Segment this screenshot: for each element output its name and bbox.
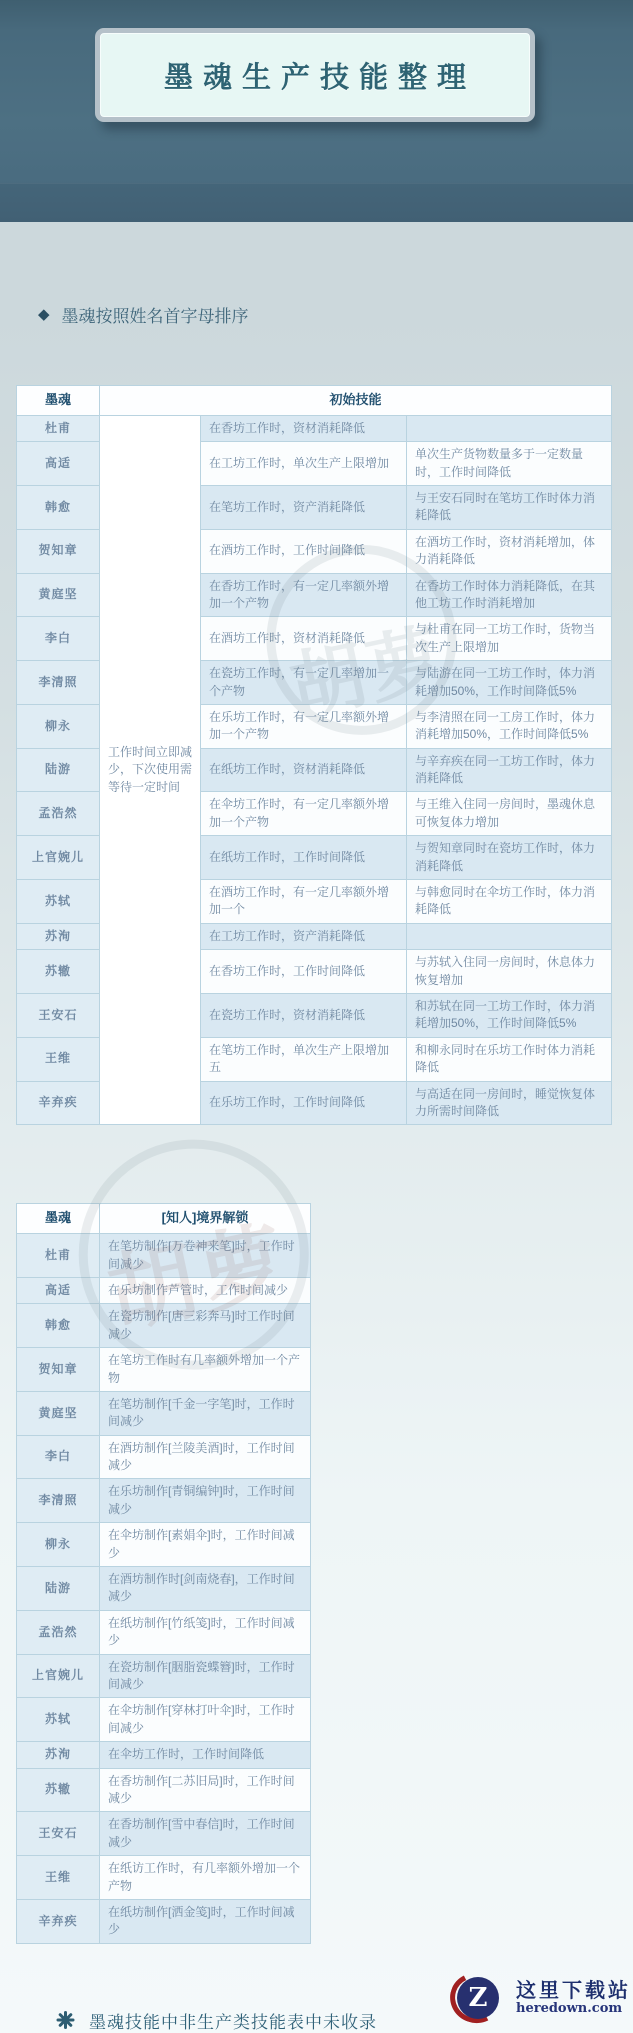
title-box: 墨魂生产技能整理	[95, 28, 535, 122]
unlock-skill-cell: 在笔坊制作[千金一字笔]时，工作时间减少	[100, 1391, 311, 1435]
mohun-name-cell: 韩愈	[17, 486, 100, 530]
initial-skill-cell: 在工坊工作时，单次生产上限增加	[201, 442, 407, 486]
mohun-name-cell: 黄庭坚	[17, 573, 100, 617]
initial-skill-cell: 在纸坊工作时，工作时间降低	[201, 836, 407, 880]
mohun-name-cell: 辛弃疾	[17, 1899, 100, 1943]
unlock-skill-cell: 在瓷坊制作[胭脂瓷蝶簪]时，工作时间减少	[100, 1654, 311, 1698]
footer-note-label: 墨魂技能中非生产类技能表中未收录	[89, 2008, 377, 2033]
initial-skill-cell: 在香坊工作时，资材消耗降低	[201, 415, 407, 441]
unlock-skill-cell: 在伞坊制作[穿林打叶伞]时，工作时间减少	[100, 1698, 311, 1742]
table-row: 苏洵 在伞坊工作时，工作时间降低	[17, 1742, 311, 1768]
site-domain: heredown.com	[516, 2002, 631, 2017]
mohun-name-cell: 孟浩然	[17, 792, 100, 836]
table-row: 上官婉儿 在瓷坊制作[胭脂瓷蝶簪]时，工作时间减少	[17, 1654, 311, 1698]
mohun-name-cell: 上官婉儿	[17, 1654, 100, 1698]
table-row: 孟浩然 在纸坊制作[竹纸笺]时，工作时间减少	[17, 1610, 311, 1654]
table-row: 黄庭坚 在笔坊制作[千金一字笔]时，工作时间减少	[17, 1391, 311, 1435]
unlock-skill-cell: 在酒坊制作[兰陵美酒]时，工作时间减少	[100, 1435, 311, 1479]
extra-skill-cell: 与王维入住同一房间时，墨魂休息可恢复体力增加	[407, 792, 612, 836]
initial-skill-cell: 在乐坊工作时，工作时间降低	[201, 1081, 407, 1125]
table-row: 高适 在乐坊制作芦管时，工作时间减少	[17, 1277, 311, 1303]
header-initial-skill: 初始技能	[100, 386, 612, 416]
realm-unlock-table: 墨魂 [知人]境界解锁 杜甫 在笔坊制作[万卷神来笔]时，工作时间减少 高适 在…	[16, 1203, 311, 1943]
table-header-row: 墨魂 [知人]境界解锁	[17, 1204, 311, 1234]
initial-skill-cell: 在乐坊工作时，有一定几率额外增加一个产物	[201, 704, 407, 748]
table-row: 陆游 在酒坊制作时[剑南烧春]，工作时间减少	[17, 1567, 311, 1611]
header-mohun: 墨魂	[17, 1204, 100, 1234]
initial-skill-cell: 在香坊工作时，有一定几率额外增加一个产物	[201, 573, 407, 617]
initial-skill-cell: 在香坊工作时，工作时间降低	[201, 950, 407, 994]
mohun-name-cell: 高适	[17, 1277, 100, 1303]
unlock-skill-cell: 在香坊制作[雪中春信]时，工作时间减少	[100, 1812, 311, 1856]
table-row: 王维 在纸访工作时，有几率额外增加一个产物	[17, 1856, 311, 1900]
site-watermark[interactable]: Z 这里下载站 heredown.com	[450, 1971, 631, 2025]
logo-letter-z: Z	[457, 1977, 499, 2019]
table-row: 柳永 在伞坊制作[素娟伞]时，工作时间减少	[17, 1523, 311, 1567]
table-row: 贺知章 在笔坊工作时有几率额外增加一个产物	[17, 1348, 311, 1392]
table-row: 杜甫 工作时间立即减少，下次使用需等待一定时间 在香坊工作时，资材消耗降低	[17, 415, 612, 441]
mohun-name-cell: 杜甫	[17, 1234, 100, 1278]
mohun-name-cell: 苏轼	[17, 1698, 100, 1742]
mohun-name-cell: 陆游	[17, 748, 100, 792]
mohun-name-cell: 李白	[17, 1435, 100, 1479]
mohun-name-cell: 王安石	[17, 1812, 100, 1856]
unlock-skill-cell: 在伞坊工作时，工作时间降低	[100, 1742, 311, 1768]
mohun-name-cell: 柳永	[17, 704, 100, 748]
table-header-row: 墨魂 初始技能	[17, 386, 612, 416]
table-row: 李清照 在乐坊制作[青铜编钟]时，工作时间减少	[17, 1479, 311, 1523]
initial-skill-cell: 在酒坊工作时，有一定几率额外增加一个	[201, 880, 407, 924]
unlock-skill-cell: 在笔坊制作[万卷神来笔]时，工作时间减少	[100, 1234, 311, 1278]
extra-skill-cell: 与李清照在同一工房工作时，体力消耗增加50%，工作时间降低5%	[407, 704, 612, 748]
initial-skill-cell: 在工坊工作时，资产消耗降低	[201, 923, 407, 949]
diamond-icon: ◆	[38, 307, 50, 322]
unlock-skill-cell: 在纸坊制作[竹纸笺]时，工作时间减少	[100, 1610, 311, 1654]
extra-skill-cell: 与陆游在同一工坊工作时，体力消耗增加50%，工作时间降低5%	[407, 661, 612, 705]
initial-skill-cell: 在笔坊工作时，单次生产上限增加五	[201, 1037, 407, 1081]
extra-skill-cell: 与韩愈同时在伞坊工作时，体力消耗降低	[407, 880, 612, 924]
mohun-name-cell: 黄庭坚	[17, 1391, 100, 1435]
extra-skill-cell: 单次生产货物数量多于一定数量时，工作时间降低	[407, 442, 612, 486]
initial-skill-cell: 在瓷坊工作时，资材消耗降低	[201, 994, 407, 1038]
extra-skill-cell: 与苏轼入住同一房间时，休息体力恢复增加	[407, 950, 612, 994]
unlock-skill-cell: 在笔坊工作时有几率额外增加一个产物	[100, 1348, 311, 1392]
unlock-skill-cell: 在酒坊制作时[剑南烧春]，工作时间减少	[100, 1567, 311, 1611]
unlock-skill-cell: 在香坊制作[二苏旧局]时，工作时间减少	[100, 1768, 311, 1812]
mohun-name-cell: 上官婉儿	[17, 836, 100, 880]
extra-skill-cell: 与高适在同一房间时，睡觉恢复体力所需时间降低	[407, 1081, 612, 1125]
extra-skill-cell: 在酒坊工作时，资材消耗增加，体力消耗降低	[407, 529, 612, 573]
mohun-name-cell: 杜甫	[17, 415, 100, 441]
unlock-skill-cell: 在纸坊制作[洒金笺]时，工作时间减少	[100, 1899, 311, 1943]
mohun-name-cell: 苏轼	[17, 880, 100, 924]
initial-skill-cell: 在纸坊工作时，资材消耗降低	[201, 748, 407, 792]
mohun-name-cell: 王维	[17, 1856, 100, 1900]
mohun-name-cell: 高适	[17, 442, 100, 486]
mohun-name-cell: 苏洵	[17, 923, 100, 949]
initial-skills-table: 墨魂 初始技能 杜甫 工作时间立即减少，下次使用需等待一定时间 在香坊工作时，资…	[16, 385, 612, 1125]
heredown-logo-icon: Z	[450, 1971, 508, 2025]
initial-skill-cell: 在酒坊工作时，工作时间降低	[201, 529, 407, 573]
mohun-name-cell: 王安石	[17, 994, 100, 1038]
mohun-name-cell: 孟浩然	[17, 1610, 100, 1654]
extra-skill-cell: 和苏轼在同一工坊工作时，体力消耗增加50%，工作时间降低5%	[407, 994, 612, 1038]
mohun-name-cell: 苏辙	[17, 950, 100, 994]
table-row: 李白 在酒坊制作[兰陵美酒]时，工作时间减少	[17, 1435, 311, 1479]
table-row: 苏轼 在伞坊制作[穿林打叶伞]时，工作时间减少	[17, 1698, 311, 1742]
mohun-name-cell: 苏洵	[17, 1742, 100, 1768]
asterisk-burst-icon	[55, 2010, 75, 2030]
table-row: 辛弃疾 在纸坊制作[洒金笺]时，工作时间减少	[17, 1899, 311, 1943]
mohun-name-cell: 陆游	[17, 1567, 100, 1611]
extra-skill-cell: 在香坊工作时体力消耗降低，在其他工坊工作时消耗增加	[407, 573, 612, 617]
mohun-name-cell: 李清照	[17, 1479, 100, 1523]
extra-skill-cell	[407, 923, 612, 949]
extra-skill-cell	[407, 415, 612, 441]
hero-banner: 墨魂生产技能整理	[0, 0, 633, 222]
table-row: 杜甫 在笔坊制作[万卷神来笔]时，工作时间减少	[17, 1234, 311, 1278]
initial-skill-cell: 在酒坊工作时，资材消耗降低	[201, 617, 407, 661]
table-row: 韩愈 在瓷坊制作[唐三彩奔马]时工作时间减少	[17, 1304, 311, 1348]
mohun-name-cell: 贺知章	[17, 1348, 100, 1392]
unlock-skill-cell: 在伞坊制作[素娟伞]时，工作时间减少	[100, 1523, 311, 1567]
mohun-name-cell: 李白	[17, 617, 100, 661]
unlock-skill-cell: 在乐坊制作[青铜编钟]时，工作时间减少	[100, 1479, 311, 1523]
unlock-skill-cell: 在纸访工作时，有几率额外增加一个产物	[100, 1856, 311, 1900]
extra-skill-cell: 与贺知章同时在瓷坊工作时，体力消耗降低	[407, 836, 612, 880]
mohun-name-cell: 李清照	[17, 661, 100, 705]
extra-skill-cell: 与杜甫在同一工坊工作时，货物当次生产上限增加	[407, 617, 612, 661]
guide-page: 墨魂生产技能整理 胡萝 胡萝 ◆ 墨魂按照姓名首字母排序 墨魂 初始技能 杜甫 …	[0, 0, 633, 2033]
shared-note-cell: 工作时间立即减少，下次使用需等待一定时间	[100, 415, 201, 1125]
header-mohun: 墨魂	[17, 386, 100, 416]
mohun-name-cell: 辛弃疾	[17, 1081, 100, 1125]
mohun-name-cell: 苏辙	[17, 1768, 100, 1812]
initial-skill-cell: 在笔坊工作时，资产消耗降低	[201, 486, 407, 530]
initial-skill-cell: 在伞坊工作时，有一定几率额外增加一个产物	[201, 792, 407, 836]
table-row: 王安石 在香坊制作[雪中春信]时，工作时间减少	[17, 1812, 311, 1856]
header-unlock-skill: [知人]境界解锁	[100, 1204, 311, 1234]
section-heading: ◆ 墨魂按照姓名首字母排序	[38, 302, 633, 327]
mohun-name-cell: 柳永	[17, 1523, 100, 1567]
initial-skill-cell: 在瓷坊工作时，有一定几率增加一个产物	[201, 661, 407, 705]
page-title: 墨魂生产技能整理	[154, 55, 476, 96]
mohun-name-cell: 贺知章	[17, 529, 100, 573]
table-row: 苏辙 在香坊制作[二苏旧局]时，工作时间减少	[17, 1768, 311, 1812]
mohun-name-cell: 王维	[17, 1037, 100, 1081]
extra-skill-cell: 与王安石同时在笔坊工作时体力消耗降低	[407, 486, 612, 530]
section-heading-label: 墨魂按照姓名首字母排序	[62, 302, 249, 327]
unlock-skill-cell: 在瓷坊制作[唐三彩奔马]时工作时间减少	[100, 1304, 311, 1348]
extra-skill-cell: 与辛弃疾在同一工坊工作时，体力消耗降低	[407, 748, 612, 792]
extra-skill-cell: 和柳永同时在乐坊工作时体力消耗降低	[407, 1037, 612, 1081]
mohun-name-cell: 韩愈	[17, 1304, 100, 1348]
site-name: 这里下载站	[516, 1979, 631, 2002]
unlock-skill-cell: 在乐坊制作芦管时，工作时间减少	[100, 1277, 311, 1303]
